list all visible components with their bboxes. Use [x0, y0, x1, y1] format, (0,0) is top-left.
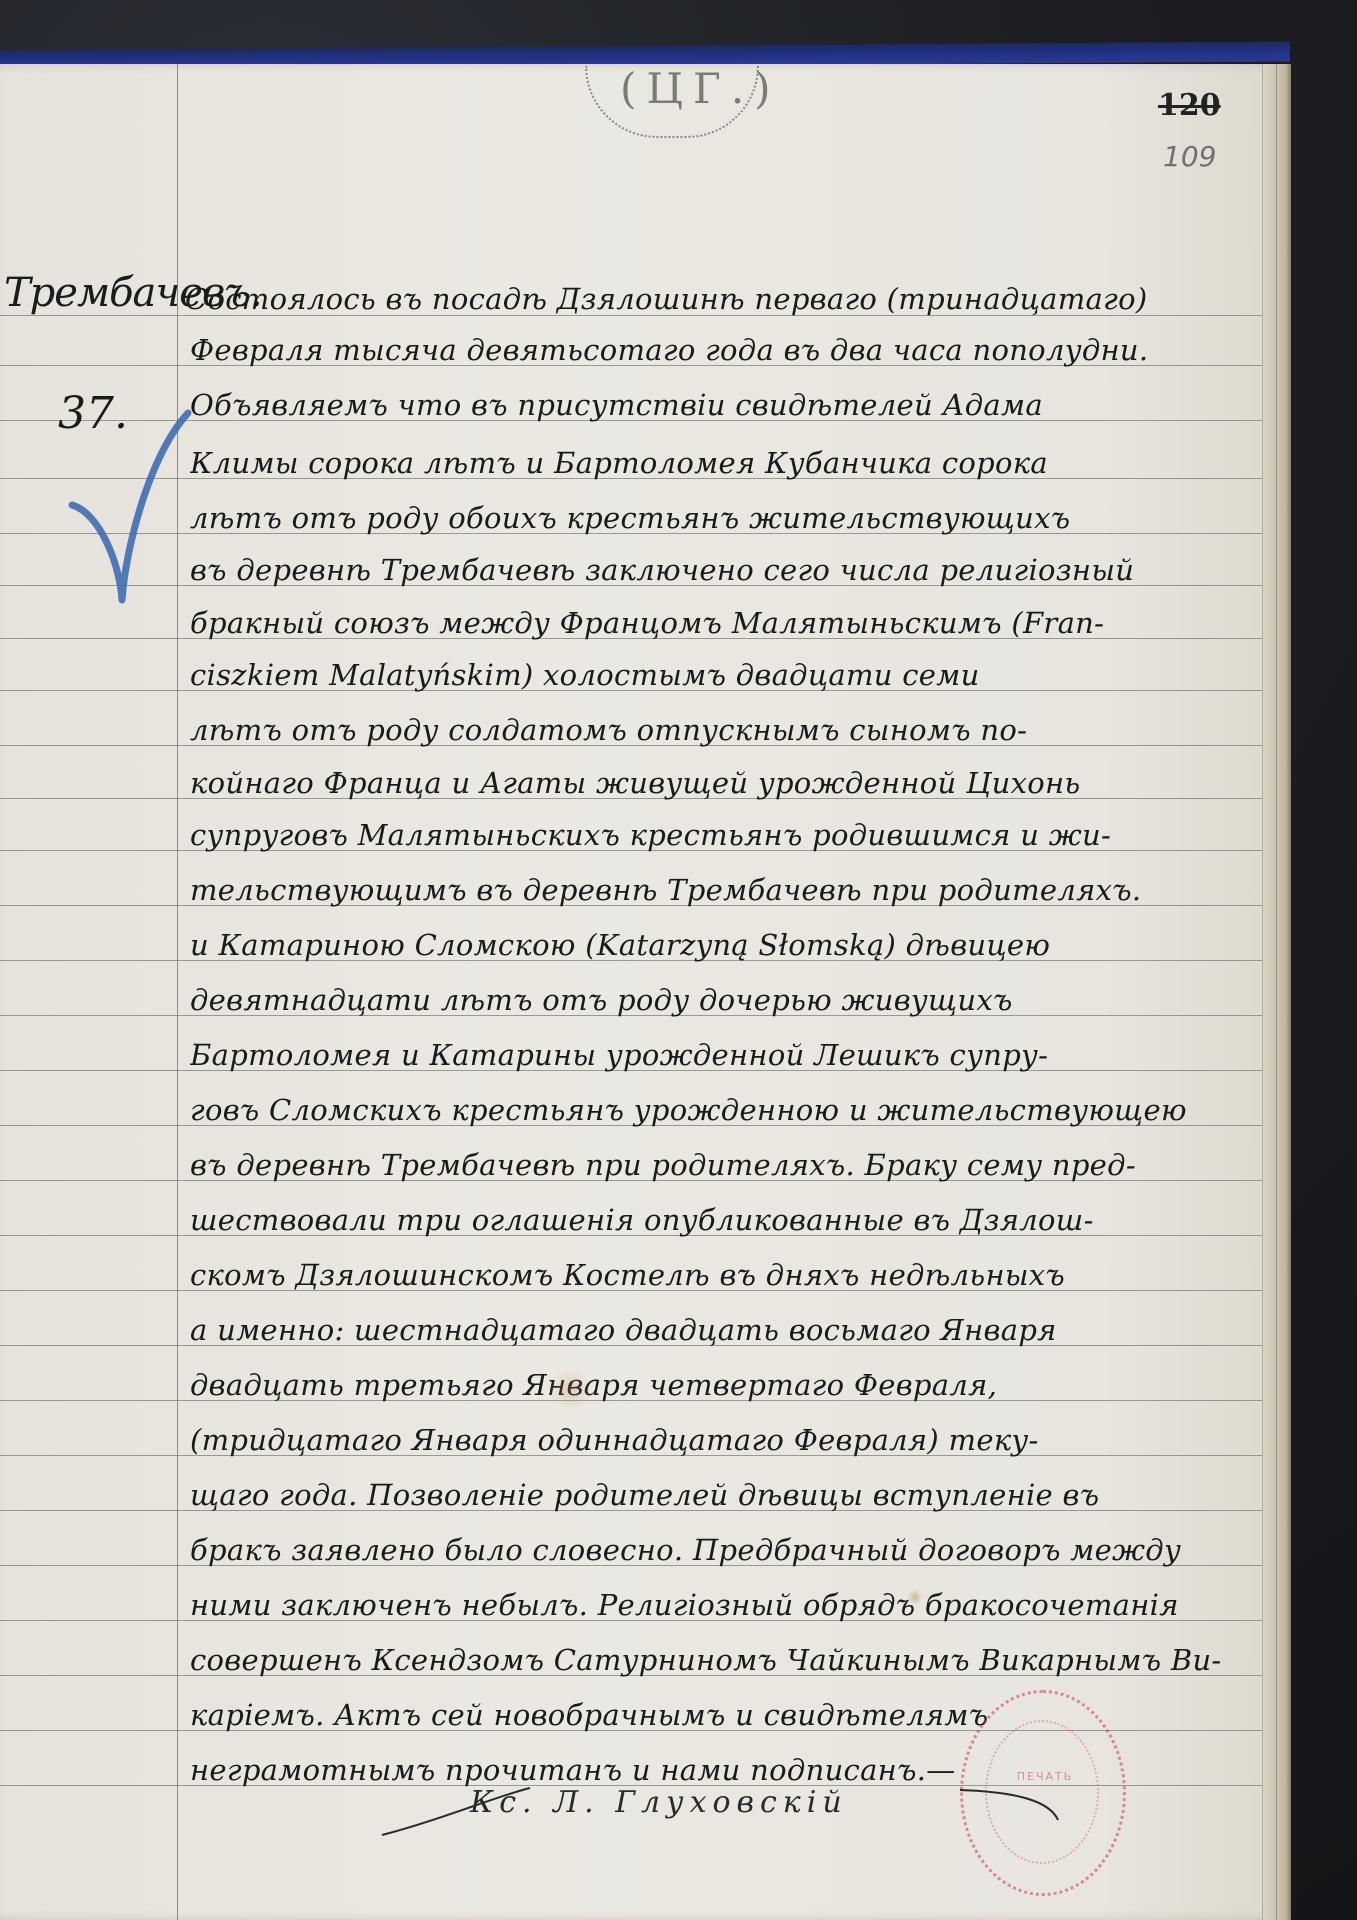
record-line: койнаго Франца и Агаты живущей урожденно… — [190, 766, 1250, 800]
record-line: бракный союзъ между Францомъ Малятыньски… — [190, 606, 1250, 640]
record-line: Состоялось въ посадѣ Дзялошинѣ перваго (… — [185, 282, 1245, 316]
record-line: ciszkiem Malatyńskim) холостымъ двадцати… — [190, 658, 1250, 692]
record-line: Бартоломея и Катарины урожденной Лешикъ … — [190, 1038, 1250, 1072]
record-line: въ деревнѣ Трембачевѣ заключено сего чис… — [190, 553, 1250, 587]
page-edge-line — [1276, 64, 1277, 1920]
record-line: а именно: шестнадцатаго двадцать восьмаг… — [190, 1313, 1250, 1347]
paper-stain — [550, 1370, 590, 1410]
blue-check-icon — [60, 395, 200, 615]
page-number-pencil: 109 — [1163, 140, 1216, 173]
record-line: совершенъ Ксендзомъ Сатурниномъ Чайкиным… — [190, 1643, 1250, 1677]
record-line: скомъ Дзялошинскомъ Костелѣ въ дняхъ нед… — [190, 1258, 1250, 1292]
record-line: шествовали три оглашенія опубликованные … — [190, 1203, 1250, 1237]
record-line: Февраля тысяча девятьсотаго года въ два … — [190, 333, 1250, 367]
record-line: въ деревнѣ Трембачевѣ при родителяхъ. Бр… — [190, 1148, 1250, 1182]
record-line: щаго года. Позволеніе родителей дѣвицы в… — [190, 1478, 1250, 1512]
record-line: (тридцатаго Января одиннадцатаго Февраля… — [190, 1423, 1250, 1457]
record-line: супруговъ Малятыньскихъ крестьянъ родивш… — [190, 818, 1250, 852]
record-line: и Катариною Сломскою (Katarzyną Słomską)… — [190, 928, 1250, 962]
record-line: тельствующимъ въ деревнѣ Трембачевѣ при … — [190, 873, 1250, 907]
priest-signature: Кс. Л. Глуховскій — [470, 1785, 848, 1820]
paper-stain — [908, 1590, 922, 1604]
record-line: лѣтъ отъ роду солдатомъ отпускнымъ сыном… — [190, 713, 1250, 747]
margin-rule — [177, 64, 178, 1920]
record-line: бракъ заявлено было словесно. Предбрачны… — [190, 1533, 1250, 1567]
record-line: двадцать третьяго Января четвертаго Февр… — [190, 1368, 1250, 1402]
record-line: лѣтъ отъ роду обоихъ крестьянъ жительств… — [190, 501, 1250, 535]
record-line: ними заключенъ небылъ. Религіозный обряд… — [190, 1588, 1250, 1622]
record-line: Объявляемъ что въ присутствіи свидѣтелей… — [190, 388, 1250, 422]
archive-stamp-text: (ЦГ.) — [620, 64, 781, 113]
record-line: говъ Сломскихъ крестьянъ урожденною и жи… — [190, 1093, 1250, 1127]
record-line: девятнадцати лѣтъ отъ роду дочерью живущ… — [190, 983, 1250, 1017]
page-number-struck: 120 — [1158, 88, 1221, 123]
record-line: Климы сорока лѣтъ и Бартоломея Кубанчика… — [190, 446, 1250, 480]
